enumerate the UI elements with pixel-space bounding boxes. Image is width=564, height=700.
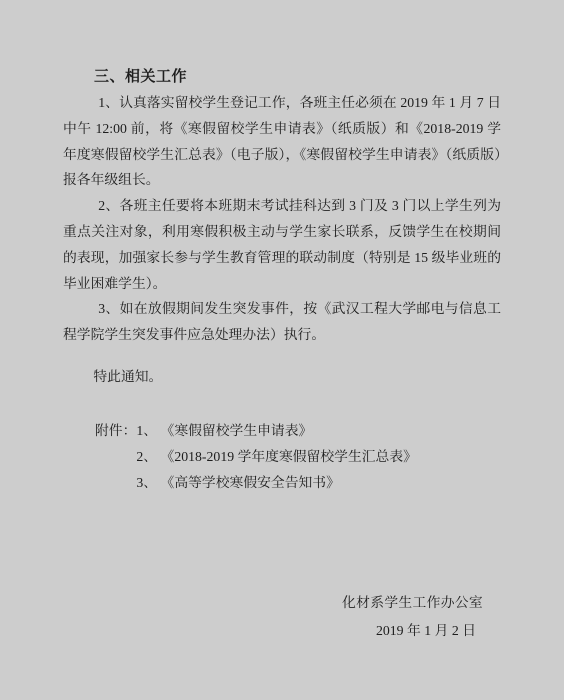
body-paragraph-3: 3、如在放假期间发生突发事件，按《武汉工程大学邮电与信息工程学院学生突发事件应急… <box>63 296 501 348</box>
page-background: { "page": { "background_color": "#cdcdcd… <box>0 0 564 700</box>
body-paragraph-2: 2、各班主任要将本班期末考试挂科达到 3 门及 3 门以上学生列为重点关注对象，… <box>63 193 501 296</box>
signature-office: 化材系学生工作办公室 <box>63 590 501 616</box>
attachment-item-2: 2、 《2018-2019 学年度寒假留校学生汇总表》 <box>136 444 501 470</box>
document-page: 三、相关工作 1、认真落实留校学生登记工作，各班主任必须在 2019 年 1 月… <box>63 64 501 644</box>
body-paragraph-1: 1、认真落实留校学生登记工作，各班主任必须在 2019 年 1 月 7 日中午 … <box>63 90 501 193</box>
section-heading: 三、相关工作 <box>63 64 501 90</box>
attachment-item-1: 1、 《寒假留校学生申请表》 <box>136 418 501 444</box>
closing-line: 特此通知。 <box>63 364 501 390</box>
attachments-list: 附件： 1、 《寒假留校学生申请表》 2、 《2018-2019 学年度寒假留校… <box>63 418 501 496</box>
attachment-item-3: 3、 《高等学校寒假安全告知书》 <box>136 470 501 496</box>
attachments-label: 附件： <box>95 418 136 444</box>
signature-date: 2019 年 1 月 2 日 <box>63 618 501 644</box>
